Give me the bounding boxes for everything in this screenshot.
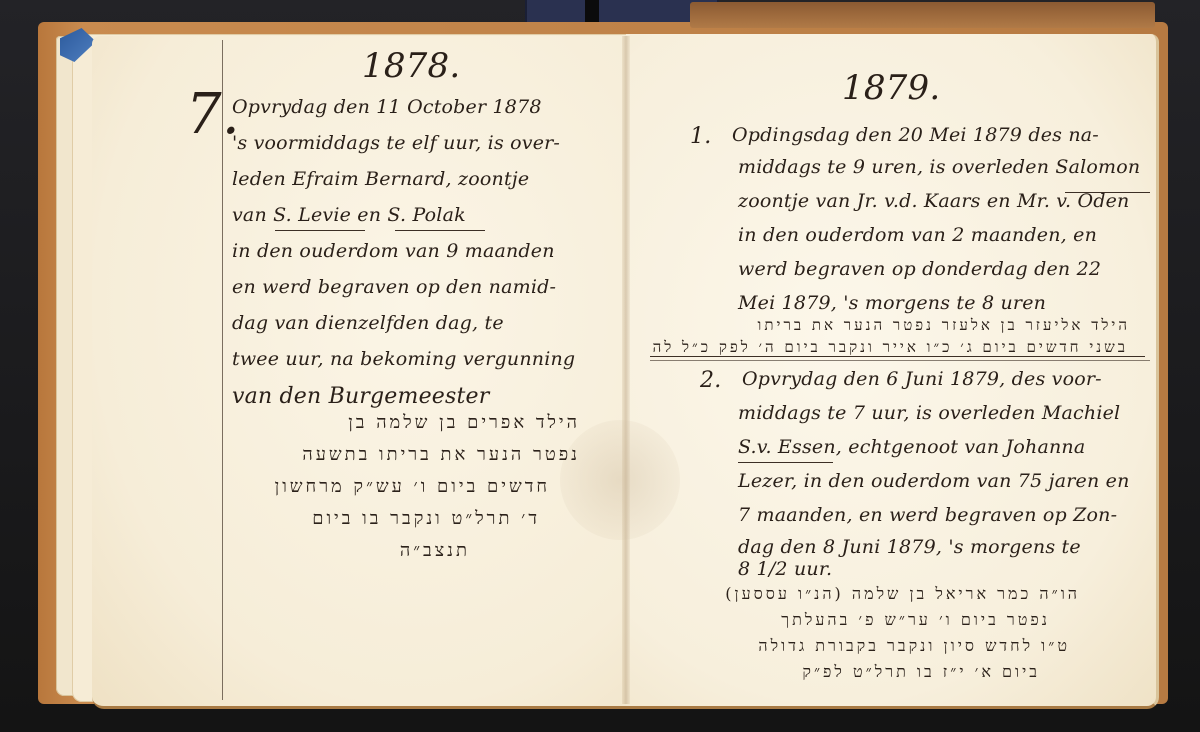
left-line-3: leden Efraim Bernard, zoontje: [232, 168, 529, 190]
right-entry-2-line-7: 8 1/2 uur.: [738, 558, 832, 580]
left-line-8: twee uur, na bekoming vergunning: [232, 348, 575, 370]
right-entry-2-hebrew-1: הו״ה כמר אריאל בן שלמה (הנ״ו עססען): [660, 584, 1080, 604]
book-gutter: [622, 36, 630, 704]
right-entry-2-hebrew-3: ט״ו לחדש סיון ונקבר בקבורת גדולה: [720, 636, 1070, 656]
right-entry-1-line-1: Opdingsdag den 20 Mei 1879 des na-: [732, 124, 1099, 146]
right-entry-2-line-3: S.v. Essen, echtgenoot van Johanna: [738, 436, 1085, 458]
left-hebrew-4: ד׳ תרל״ט ונקבר בו ביום: [260, 508, 540, 529]
left-hebrew-2: נפטר הנער את בריתו בתשעה: [225, 444, 580, 465]
right-entry-1-line-5: werd begraven op donderdag den 22: [738, 258, 1101, 280]
cover-spine-edge: [690, 2, 1155, 28]
right-entry-2-hebrew-2: נפטר ביום ו׳ ער״ש פ׳ בהעלתך: [720, 610, 1050, 630]
left-line-5: in den ouderdom van 9 maanden: [232, 240, 555, 262]
right-entry-2-number: 2.: [700, 368, 721, 393]
left-line-4: van S. Levie en S. Polak: [232, 204, 466, 226]
right-page-year: 1879.: [842, 68, 940, 108]
right-entry-2-line-2: middags te 7 uur, is overleden Machiel: [738, 402, 1120, 424]
left-hebrew-5: תנצב״ה: [260, 540, 470, 561]
left-hebrew-3: חדשים ביום ו׳ עש״ק מרחשון: [205, 476, 550, 497]
underline-salomon: [1065, 192, 1150, 193]
right-entry-2-line-1: Opvrydag den 6 Juni 1879, des voor-: [742, 368, 1102, 390]
right-entry-2-hebrew-4: ביום א׳ י״ז בו תרל״ט לפ״ק: [740, 662, 1040, 682]
right-entry-1-number: 1.: [690, 124, 711, 149]
left-hebrew-1: הילד אפרים בן שלמה בן: [250, 412, 580, 433]
right-entry-1-line-2: middags te 9 uren, is overleden Salomon: [738, 156, 1140, 178]
right-entry-2-line-4: Lezer, in den ouderdom van 75 jaren en: [738, 470, 1130, 492]
underline-levie: [275, 230, 365, 231]
underline-sv-essen: [738, 462, 833, 463]
right-entry-1-hebrew-2: בשני חדשים ביום ג׳ כ״ו אייר ונקבר ביום ה…: [628, 338, 1128, 357]
right-entry-1-line-4: in den ouderdom van 2 maanden, en: [738, 224, 1097, 246]
left-line-1: Opvrydag den 11 October 1878: [232, 96, 542, 118]
entry-divider-1: [650, 356, 1145, 357]
left-line-7: dag van dienzelfden dag, te: [232, 312, 504, 334]
right-entry-1-line-3: zoontje van Jr. v.d. Kaars en Mr. v. Ode…: [738, 190, 1129, 212]
right-entry-2-line-6: dag den 8 Juni 1879, 's morgens te: [738, 536, 1081, 558]
left-line-6: en werd begraven op den namid-: [232, 276, 556, 298]
left-page-year: 1878.: [362, 46, 460, 86]
right-entry-1-hebrew-1: הילד אליעזר בן אלעזר נפטר הנער את בריתו: [690, 316, 1130, 335]
left-line-9: van den Burgemeester: [232, 384, 490, 409]
entry-divider-2: [650, 360, 1150, 361]
right-entry-1-line-6: Mei 1879, 's morgens te 8 uren: [738, 292, 1046, 314]
underline-polak: [395, 230, 485, 231]
right-entry-2-line-5: 7 maanden, en werd begraven op Zon-: [738, 504, 1117, 526]
paper-stain: [560, 420, 680, 540]
left-line-2: 's voormiddags te elf uur, is over-: [232, 132, 560, 154]
